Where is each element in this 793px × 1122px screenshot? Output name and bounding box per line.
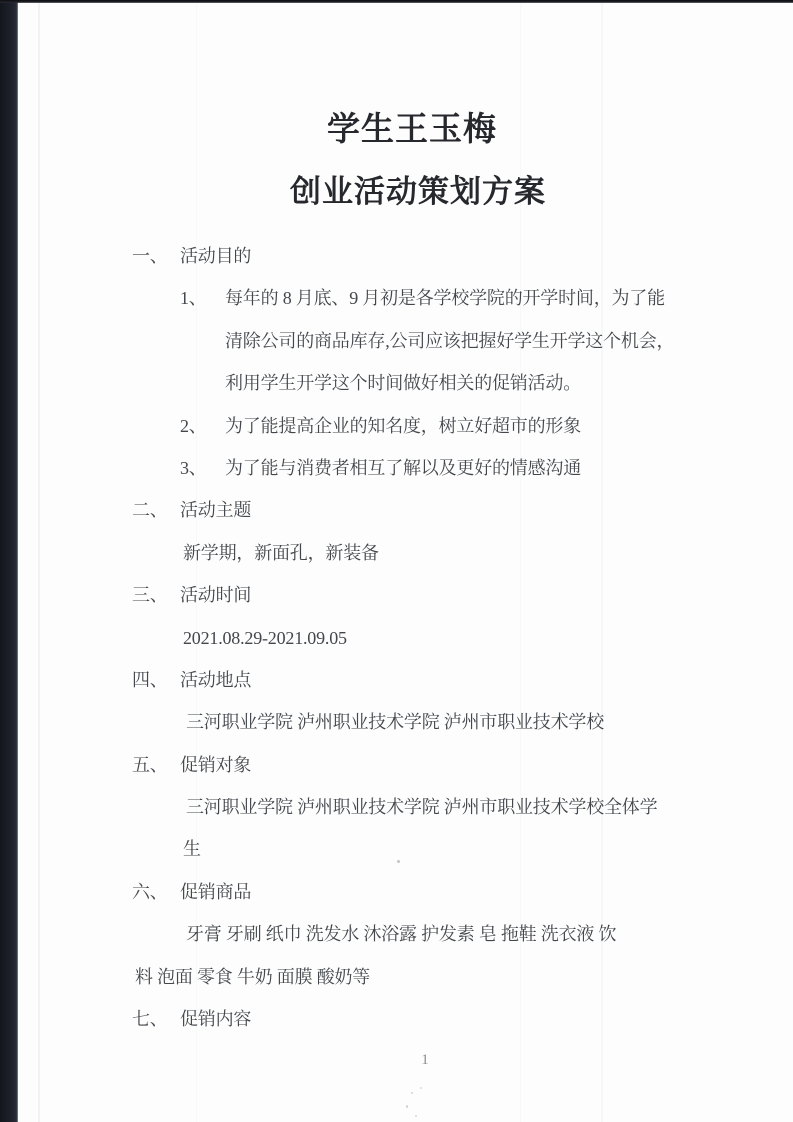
item-number: 3、 [180, 447, 225, 489]
item-text: 为了能提高企业的知名度，树立好超市的形象 [225, 416, 581, 436]
content-text: 三河职业学院 泸州职业技术学院 泸州市职业技术学校 [186, 712, 604, 732]
scan-speckle [397, 860, 400, 863]
section-number: 七、 [132, 998, 180, 1040]
section-number: 五、 [132, 744, 180, 786]
item-text: 为了能与消费者相互了解以及更好的情感沟通 [225, 458, 581, 478]
section-heading-4: 四、活动地点 [0, 659, 793, 701]
item-number: 1、 [180, 277, 225, 319]
section-content: 三河职业学院 泸州职业技术学院 泸州市职业技术学校全体学 [0, 786, 793, 828]
content-continuation: 料 泡面 零食 牛奶 面膜 酸奶等 [0, 956, 793, 998]
section-label: 活动目的 [180, 246, 251, 266]
section-number: 三、 [132, 574, 180, 616]
scan-speckle [415, 1115, 417, 1117]
item-continuation: 利用学生开学这个时间做好相关的促销活动。 [0, 362, 793, 404]
section-label: 活动主题 [180, 500, 251, 520]
section-label: 促销内容 [180, 1009, 251, 1029]
item-text: 清除公司的商品库存,公司应该把握好学生开学这个机会， [225, 331, 674, 351]
content-text: 生 [183, 839, 201, 859]
content-text: 三河职业学院 泸州职业技术学院 泸州市职业技术学校全体学 [186, 797, 657, 817]
scan-speckle [420, 1087, 422, 1089]
item-text: 每年的 8 月底、9 月初是各学校学院的开学时间，为了能 [225, 288, 665, 308]
doc-title: 学生王玉梅 [24, 107, 793, 153]
list-item-2: 2、为了能提高企业的知名度，树立好超市的形象 [0, 405, 793, 447]
content-text: 料 泡面 零食 牛奶 面膜 酸奶等 [135, 967, 370, 987]
section-number: 一、 [132, 235, 180, 277]
section-content: 牙膏 牙刷 纸巾 洗发水 沐浴露 护发素 皂 拖鞋 洗衣液 饮 [0, 913, 793, 955]
section-label: 活动地点 [180, 670, 251, 690]
list-item-1: 1、每年的 8 月底、9 月初是各学校学院的开学时间，为了能 [0, 277, 793, 319]
section-label: 促销商品 [180, 882, 251, 902]
item-text: 利用学生开学这个时间做好相关的促销活动。 [225, 373, 581, 393]
section-heading-3: 三、活动时间 [0, 574, 793, 616]
section-number: 四、 [132, 659, 180, 701]
section-heading-7: 七、促销内容 [0, 998, 793, 1040]
scan-speckle [406, 1105, 408, 1108]
section-number: 六、 [132, 871, 180, 913]
content-text: 新学期，新面孔，新装备 [183, 543, 379, 563]
section-number: 二、 [132, 489, 180, 531]
scan-speckle [411, 1092, 413, 1094]
section-heading-6: 六、促销商品 [0, 871, 793, 913]
section-label: 促销对象 [180, 755, 251, 775]
scan-edge-top [0, 0, 793, 3]
list-item-3: 3、为了能与消费者相互了解以及更好的情感沟通 [0, 447, 793, 489]
section-heading-2: 二、活动主题 [0, 489, 793, 531]
item-number: 2、 [180, 405, 225, 447]
section-heading-5: 五、促销对象 [0, 744, 793, 786]
page-number: 1 [37, 1052, 793, 1069]
section-content: 新学期，新面孔，新装备 [0, 532, 793, 574]
content-continuation: 生 [0, 828, 793, 870]
scanned-page: 学生王玉梅 创业活动策划方案 一、活动目的 1、每年的 8 月底、9 月初是各学… [0, 0, 793, 1122]
section-label: 活动时间 [180, 585, 251, 605]
item-continuation: 清除公司的商品库存,公司应该把握好学生开学这个机会， [0, 320, 793, 362]
section-heading-1: 一、活动目的 [0, 235, 793, 277]
scan-edge-left [0, 0, 18, 1122]
section-content: 2021.08.29-2021.09.05 [0, 617, 793, 659]
content-text: 牙膏 牙刷 纸巾 洗发水 沐浴露 护发素 皂 拖鞋 洗衣液 饮 [186, 924, 616, 944]
doc-body: 一、活动目的 1、每年的 8 月底、9 月初是各学校学院的开学时间，为了能 清除… [0, 235, 793, 1040]
content-text: 2021.08.29-2021.09.05 [183, 628, 347, 648]
section-content: 三河职业学院 泸州职业技术学院 泸州市职业技术学校 [0, 701, 793, 743]
doc-subtitle: 创业活动策划方案 [30, 170, 793, 214]
